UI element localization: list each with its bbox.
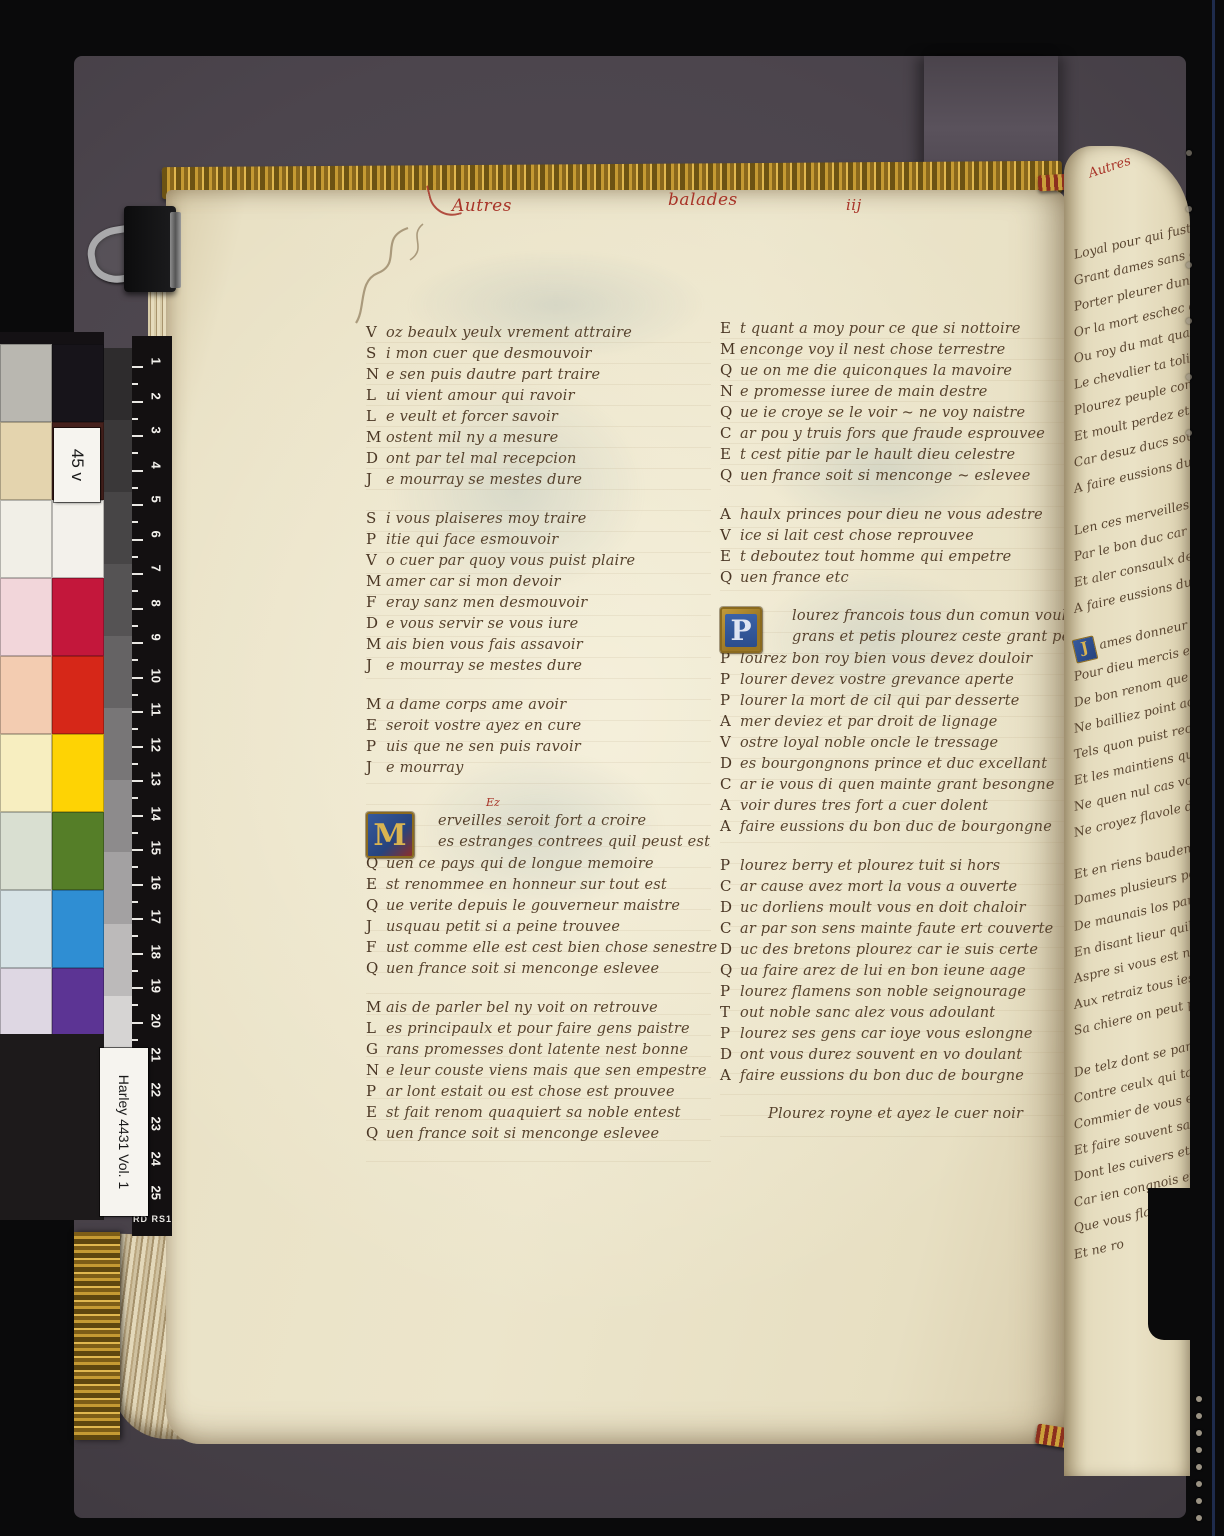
ruler-number: 3 (149, 427, 164, 447)
verse-initial: P (366, 1081, 386, 1102)
ruler-number: 17 (149, 910, 164, 930)
ruler-tick (132, 849, 143, 851)
verse-line: Lui vient amour qui ravoir (366, 385, 711, 406)
stanza: Voz beaulx yeulx vrement attraireSi mon … (366, 322, 711, 490)
verse-line: Quen france soit si menconge ~ eslevee (720, 465, 1065, 486)
cradle-dot (1186, 430, 1192, 436)
verse-line: Eseroit vostre ayez en cure (366, 715, 711, 736)
verse-initial: C (720, 876, 740, 897)
facing-page-heading: Autres (1087, 154, 1133, 182)
ruler-half-tick (132, 418, 138, 420)
verse-text: ue verite depuis le gouverneur maistre (386, 898, 680, 914)
verse-text: ont vous durez souvent en vo doulant (740, 1047, 1022, 1063)
verse-line: Plourez royne et ayez le cuer noir (748, 1104, 1065, 1125)
verse-initial: V (366, 550, 386, 571)
verse-initial: D (720, 939, 740, 960)
ruler-half-tick (132, 970, 138, 972)
verse-initial: A (720, 1065, 740, 1086)
verse-text: t quant a moy pour ce que si nottoire (740, 321, 1021, 337)
grayscale-step (104, 924, 132, 996)
verse-text: ar pou y truis fors que fraude esprouvee (740, 426, 1045, 442)
verse-line: Car par son sens mainte faute ert couver… (720, 918, 1065, 939)
verse-line: Feray sanz men desmouvoir (366, 592, 711, 613)
verse-initial: P (720, 855, 740, 876)
cradle-dot (1186, 150, 1192, 156)
ruler-half-tick (132, 625, 138, 627)
verse-initial: A (720, 795, 740, 816)
verse-line: Mais de parler bel ny voit on retrouve (366, 997, 711, 1018)
verse-line: Le veult et forcer savoir (366, 406, 711, 427)
ruler-tick (132, 953, 143, 955)
verse-initial: P (366, 736, 386, 757)
verse-text: ar lont estait ou est chose est prouvee (386, 1084, 675, 1100)
verse-initial: Q (720, 567, 740, 588)
verse-initial: E (366, 715, 386, 736)
cradle-dot (1186, 262, 1192, 268)
verse-text: i mon cuer que desmouvoir (386, 346, 592, 362)
ruler-number: 8 (149, 599, 164, 619)
verse-line: Plourez flamens son noble seignourage (720, 981, 1065, 1002)
shelfmark-label-text: Harley 4431 Vol. 1 (116, 1075, 132, 1189)
ruler-half-tick (132, 763, 138, 765)
verse-line: Dont par tel mal recepcion (366, 448, 711, 469)
verse-line: Que verite depuis le gouverneur maistre (366, 895, 711, 916)
grayscale-step (104, 852, 132, 924)
ruler-tick (132, 1022, 143, 1024)
chart-patch-inner (52, 500, 104, 578)
ruler-number: 4 (149, 461, 164, 481)
verse-initial: Q (720, 360, 740, 381)
verse-text: ue ie croye se le voir ~ ne voy naistre (740, 405, 1025, 421)
page-heading-center: balades (668, 190, 738, 210)
ruler-number: 1 (149, 358, 164, 378)
chart-patch-outer (0, 578, 52, 656)
verse-line: erveilles seroit fort a croire (366, 811, 711, 832)
verse-line: Voz beaulx yeulx vrement attraire (366, 322, 711, 343)
verse-line: es estranges contrees quil peust est (366, 832, 711, 853)
verse-line: Vo cuer par quoy vous puist plaire (366, 550, 711, 571)
verse-line: Plourez ses gens car ioye vous eslongne (720, 1023, 1065, 1044)
verse-initial: N (720, 381, 740, 402)
verse-text: t cest pitie par le hault dieu celestre (740, 447, 1015, 463)
verse-line: Dont vous durez souvent en vo doulant (720, 1044, 1065, 1065)
verse-text: faire eussions du bon duc de bourgne (740, 1068, 1024, 1084)
chart-patch-inner (52, 734, 104, 812)
verse-line: Des bourgongnons prince et duc excellant (720, 753, 1065, 774)
chart-row (0, 656, 104, 734)
verse-initial: V (366, 322, 386, 343)
chart-patch-outer (0, 344, 52, 422)
ruler-half-tick (132, 659, 138, 661)
verse-text: e leur couste viens mais que sen empestr… (386, 1063, 707, 1079)
ruler-tick (132, 884, 143, 886)
verse-text: t deboutez tout homme qui empetre (740, 549, 1011, 565)
verse-initial: D (366, 613, 386, 634)
chart-patch-inner (52, 344, 104, 422)
verse-line: grans et petis plourez ceste grant perte (720, 627, 1065, 648)
verse-line: Vostre loyal noble oncle le tressage (720, 732, 1065, 753)
verse-text: ostent mil ny a mesure (386, 430, 558, 446)
stanza: Si vous plaiseres moy trairePitie qui fa… (366, 508, 711, 676)
verse-initial: S (366, 508, 386, 529)
verse-line: Et cest pitie par le hault dieu celestre (720, 444, 1065, 465)
ruler-tick (132, 539, 143, 541)
verse-text: uc des bretons plourez car ie suis certe (740, 942, 1038, 958)
verse-line: Ne sen puis dautre part traire (366, 364, 711, 385)
verse-line: Tout noble sanc alez vous adoulant (720, 1002, 1065, 1023)
folio-label-text: 45 v (67, 449, 87, 481)
verse-line: Afaire eussions du bon duc de bourgongne (720, 816, 1065, 837)
verse-line: lourez francois tous dun comun vouloir (720, 606, 1065, 627)
stanza: Ahaulx princes pour dieu ne vous adestre… (720, 504, 1065, 588)
ruler-tick (132, 573, 143, 575)
ruler-tick (132, 470, 143, 472)
verse-text: e mourray se mestes dure (386, 472, 582, 488)
verse-initial: L (366, 1018, 386, 1039)
verse-initial: J (366, 655, 386, 676)
verse-text: amer car si mon devoir (386, 574, 561, 590)
verse-text: enconge voy il nest chose terrestre (740, 342, 1005, 358)
ruler-number: 5 (149, 496, 164, 516)
verse-text: es principaulx et pour faire gens paistr… (386, 1021, 690, 1037)
cradle-dot (1196, 1430, 1202, 1436)
cradle-dot (1186, 206, 1192, 212)
verse-initial: A (720, 504, 740, 525)
ruler-half-tick (132, 728, 138, 730)
stanza: Et quant a moy pour ce que si nottoireMe… (720, 318, 1065, 486)
cradle-dot (1196, 1481, 1202, 1487)
grayscale-step (104, 636, 132, 708)
verse-line: Plourez berry et plourez tuit si hors (720, 855, 1065, 876)
verse-text: lourez berry et plourez tuit si hors (740, 858, 1000, 874)
facing-stanza: Loyal pour qui fustes ou trosnGrant dame… (1074, 242, 1190, 502)
ruler-half-tick (132, 797, 138, 799)
verse-text: Plourez royne et ayez le cuer noir (768, 1106, 1023, 1122)
verse-text: ais de parler bel ny voit on retrouve (386, 1000, 658, 1016)
ruler-half-tick (132, 901, 138, 903)
verse-text: i vous plaiseres moy traire (386, 511, 587, 527)
verse-line: Ne promesse iuree de main destre (720, 381, 1065, 402)
cradle-dot (1196, 1413, 1202, 1419)
ruler-number: 7 (149, 565, 164, 585)
verse-line: Fust comme elle est cest bien chose sene… (366, 937, 711, 958)
chart-patch-outer (0, 890, 52, 968)
verse-initial: T (720, 1002, 740, 1023)
ruler-number: 22 (149, 1082, 164, 1102)
verse-text: e vous servir se vous iure (386, 616, 578, 632)
verse-text: lourer la mort de cil qui par desserte (740, 693, 1020, 709)
cradle-dot (1196, 1515, 1202, 1521)
illuminated-initial: M (366, 812, 414, 858)
verse-line: Grans promesses dont latente nest bonne (366, 1039, 711, 1060)
verse-initial: N (366, 1060, 386, 1081)
verse-text: seroit vostre ayez en cure (386, 718, 581, 734)
ruler-tick (132, 918, 143, 920)
verse-line: Est renommee en honneur sur tout est (366, 874, 711, 895)
verse-line: Ma dame corps ame avoir (366, 694, 711, 715)
ruler-half-tick (132, 694, 138, 696)
shelfmark-label: Harley 4431 Vol. 1 (100, 1048, 148, 1216)
verse-text: lourez flamens son noble seignourage (740, 984, 1026, 1000)
ruler-half-tick (132, 452, 138, 454)
chart-row (0, 578, 104, 656)
folio-label: 45 v (54, 428, 100, 502)
verse-line: Afaire eussions du bon duc de bourgne (720, 1065, 1065, 1086)
verse-line: Vice si lait cest chose reprouvee (720, 525, 1065, 546)
text-column-right: Et quant a moy pour ce que si nottoireMe… (720, 318, 1065, 1143)
ruler-number: 19 (149, 979, 164, 999)
verse-text: rans promesses dont latente nest bonne (386, 1042, 688, 1058)
chart-backing-card (0, 1034, 104, 1220)
chart-row (0, 890, 104, 968)
verse-line: Mamer car si mon devoir (366, 571, 711, 592)
verse-text: usquau petit si a peine trouvee (386, 919, 620, 935)
ruler-tick (132, 642, 143, 644)
grayscale-step (104, 780, 132, 852)
chart-row (0, 344, 104, 422)
verse-text: erveilles seroit fort a croire (438, 813, 646, 829)
verse-text: a dame corps ame avoir (386, 697, 566, 713)
page-heading-number: iij (846, 196, 862, 214)
ruler-number: 13 (149, 772, 164, 792)
verse-text: voir dures tres fort a cuer dolent (740, 798, 988, 814)
verse-line: Quen france soit si menconge eslevee (366, 1123, 711, 1144)
ruler-number: 24 (149, 1151, 164, 1171)
verse-text: ar cause avez mort la vous a ouverte (740, 879, 1017, 895)
verse-line: Les principaulx et pour faire gens paist… (366, 1018, 711, 1039)
chart-patch-outer (0, 500, 52, 578)
verse-initial: M (366, 694, 386, 715)
ruler-number: 12 (149, 737, 164, 757)
verse-line: Car cause avez mort la vous a ouverte (720, 876, 1065, 897)
verse-initial: Q (366, 895, 386, 916)
gilt-cover-edge (74, 1232, 120, 1440)
verse-text: ais bien vous fais assavoir (386, 637, 583, 653)
verse-line: Mais bien vous fais assavoir (366, 634, 711, 655)
ruler-half-tick (132, 556, 138, 558)
chart-patch-inner (52, 578, 104, 656)
verse-text: eray sanz men desmouvoir (386, 595, 587, 611)
ruler-half-tick (132, 832, 138, 834)
verse-line: Et deboutez tout homme qui empetre (720, 546, 1065, 567)
ruler-tick (132, 366, 143, 368)
verse-initial: N (366, 364, 386, 385)
text-column-left: Voz beaulx yeulx vrement attraireSi mon … (366, 322, 711, 1162)
ruler-tick (132, 746, 143, 748)
ruler-number: 20 (149, 1013, 164, 1033)
verse-line: Pitie qui face esmouvoir (366, 529, 711, 550)
verse-text: lourez francois tous dun comun vouloir (792, 608, 1087, 624)
verse-line: Je mourray (366, 757, 711, 778)
verse-line: Plourez bon roy bien vous devez douloir (720, 648, 1065, 669)
verse-initial: A (720, 816, 740, 837)
verse-text: lourez bon roy bien vous devez douloir (740, 651, 1032, 667)
ruler-number: 10 (149, 668, 164, 688)
verse-initial: V (720, 525, 740, 546)
verse-text: uen france etc (740, 570, 849, 586)
verse-initial: E (366, 1102, 386, 1123)
verse-initial: L (366, 406, 386, 427)
stanza: Mais de parler bel ny voit on retrouveLe… (366, 997, 711, 1144)
chart-patch-outer (0, 422, 52, 500)
verse-line: Et quant a moy pour ce que si nottoire (720, 318, 1065, 339)
ruler-tick (132, 677, 143, 679)
grayscale-step (104, 348, 132, 420)
verse-text: ust comme elle est cest bien chose senes… (386, 940, 717, 956)
ruler-number: 9 (149, 634, 164, 654)
grayscale-step (104, 708, 132, 780)
verse-line: Ahaulx princes pour dieu ne vous adestre (720, 504, 1065, 525)
verse-initial: E (720, 546, 740, 567)
verse-text: e sen puis dautre part traire (386, 367, 600, 383)
verse-text: lourer devez vostre grevance aperte (740, 672, 1014, 688)
verse-initial: D (720, 753, 740, 774)
ruler-number: 21 (149, 1048, 164, 1068)
verse-line: Car pou y truis fors que fraude esprouve… (720, 423, 1065, 444)
ruler-number: 6 (149, 530, 164, 550)
verse-text: uc dorliens moult vous en doit chaloir (740, 900, 1026, 916)
verse-initial: V (720, 732, 740, 753)
verse-text: ue on me die quiconques la mavoire (740, 363, 1012, 379)
verse-text: uen france soit si menconge ~ eslevee (740, 468, 1030, 484)
ruler-number: 25 (149, 1186, 164, 1206)
verse-text: ice si lait cest chose reprouvee (740, 528, 974, 544)
verse-initial: C (720, 423, 740, 444)
ruler-half-tick (132, 383, 138, 385)
verse-initial: M (720, 339, 740, 360)
verse-initial: J (366, 469, 386, 490)
verse-initial: C (720, 774, 740, 795)
cradle-dot (1186, 318, 1192, 324)
verse-line: Ne leur couste viens mais que sen empest… (366, 1060, 711, 1081)
verse-initial: P (720, 669, 740, 690)
verse-initial: D (366, 448, 386, 469)
facing-stanza: Len ces merveilles pres pour boPar le bo… (1074, 518, 1190, 622)
verse-line: Par lont estait ou est chose est prouvee (366, 1081, 711, 1102)
verse-initial: J (366, 757, 386, 778)
page-heading-left: Autres (452, 196, 512, 216)
ruler-half-tick (132, 487, 138, 489)
verse-initial: D (720, 1044, 740, 1065)
cradle-dot (1196, 1498, 1202, 1504)
stanza-rubric: Ez (486, 796, 711, 809)
verse-initial: M (366, 571, 386, 592)
verse-line: Duc des bretons plourez car ie suis cert… (720, 939, 1065, 960)
verse-text: ui vient amour qui ravoir (386, 388, 575, 404)
verse-text: st fait renom quaquiert sa noble entest (386, 1105, 681, 1121)
binder-clip (124, 206, 176, 292)
verse-text: itie qui face esmouvoir (386, 532, 558, 548)
ruler-tick (132, 711, 143, 713)
verse-text: faire eussions du bon duc de bourgongne (740, 819, 1052, 835)
verse-text: o cuer par quoy vous puist plaire (386, 553, 635, 569)
ruler-tick (132, 435, 143, 437)
verse-line: Puis que ne sen puis ravoir (366, 736, 711, 757)
grayscale-step (104, 564, 132, 636)
verse-line: Quen france etc (720, 567, 1065, 588)
verse-initial: C (720, 918, 740, 939)
verse-text: uen ce pays qui de longue memoire (386, 856, 654, 872)
verse-initial: S (366, 343, 386, 364)
verse-initial: Q (720, 960, 740, 981)
verse-line: Je mourray se mestes dure (366, 655, 711, 676)
verse-initial: F (366, 592, 386, 613)
ruler-number: 11 (149, 703, 164, 723)
verse-initial: Q (720, 465, 740, 486)
facing-stanza: Et en riens baudement ne voDames plusieu… (1074, 862, 1190, 1044)
verse-line: Jusquau petit si a peine trouvee (366, 916, 711, 937)
chart-patch-inner (52, 890, 104, 968)
ruler-tick (132, 815, 143, 817)
chart-patch-inner (52, 656, 104, 734)
film-edge-line (1212, 0, 1215, 1536)
ruler-tick (132, 504, 143, 506)
verse-initial: P (720, 981, 740, 1002)
verse-text: uen france soit si menconge eslevee (386, 961, 659, 977)
chart-patch-outer (0, 812, 52, 890)
verse-text: ostre loyal noble oncle le tressage (740, 735, 998, 751)
verse-line: Que on me die quiconques la mavoire (720, 360, 1065, 381)
manuscript-photograph: Autres balades iij Voz beaulx yeulx vrem… (0, 0, 1224, 1536)
binder-clip-edge (170, 212, 181, 288)
ruler-number: 16 (149, 875, 164, 895)
verse-line: Avoir dures tres fort a cuer dolent (720, 795, 1065, 816)
verse-line: Plourer devez vostre grevance aperte (720, 669, 1065, 690)
verse-initial: F (366, 937, 386, 958)
verse-line: De vous servir se vous iure (366, 613, 711, 634)
cradle-dot (1196, 1464, 1202, 1470)
ruler-half-tick (132, 590, 138, 592)
stanza: Merveilles seroit fort a croirees estran… (366, 811, 711, 979)
verse-line: Amer deviez et par droit de lignage (720, 711, 1065, 732)
verse-line: Quen ce pays qui de longue memoire (366, 853, 711, 874)
grayscale-step (104, 420, 132, 492)
verse-initial: M (366, 997, 386, 1018)
ruler-number: 14 (149, 806, 164, 826)
verse-text: oz beaulx yeulx vrement attraire (386, 325, 632, 341)
cradle-dot (1186, 374, 1192, 380)
verse-initial: L (366, 385, 386, 406)
verse-initial: P (366, 529, 386, 550)
stanza: Plourez berry et plourez tuit si horsCar… (720, 855, 1065, 1086)
verse-text: uis que ne sen puis ravoir (386, 739, 581, 755)
verse-text: e promesse iuree de main destre (740, 384, 988, 400)
verse-initial: M (366, 427, 386, 448)
verse-text: grans et petis plourez ceste grant perte (792, 629, 1092, 645)
ruler-tick (132, 987, 143, 989)
verse-initial: E (366, 874, 386, 895)
verse-initial: P (720, 690, 740, 711)
verse-text: ua faire arez de lui en bon ieune aage (740, 963, 1026, 979)
chart-patch-outer (0, 734, 52, 812)
verse-initial: Q (366, 958, 386, 979)
verse-initial: M (366, 634, 386, 655)
verse-initial: E (720, 318, 740, 339)
verse-line: Car ie vous di quen mainte grant besongn… (720, 774, 1065, 795)
verse-text: ont par tel mal recepcion (386, 451, 577, 467)
verse-text: ar par son sens mainte faute ert couvert… (740, 921, 1053, 937)
chart-row (0, 812, 104, 890)
ruler-half-tick (132, 521, 138, 523)
verse-line: Plourer la mort de cil qui par desserte (720, 690, 1065, 711)
verse-initial: J (366, 916, 386, 937)
ruler-tick (132, 608, 143, 610)
facing-page-text: Loyal pour qui fustes ou trosnGrant dame… (1074, 242, 1190, 1284)
verse-text: st renommee en honneur sur tout est (386, 877, 667, 893)
verse-initial: Q (720, 402, 740, 423)
verse-initial: P (720, 1023, 740, 1044)
verse-text: e mourray (386, 760, 464, 776)
